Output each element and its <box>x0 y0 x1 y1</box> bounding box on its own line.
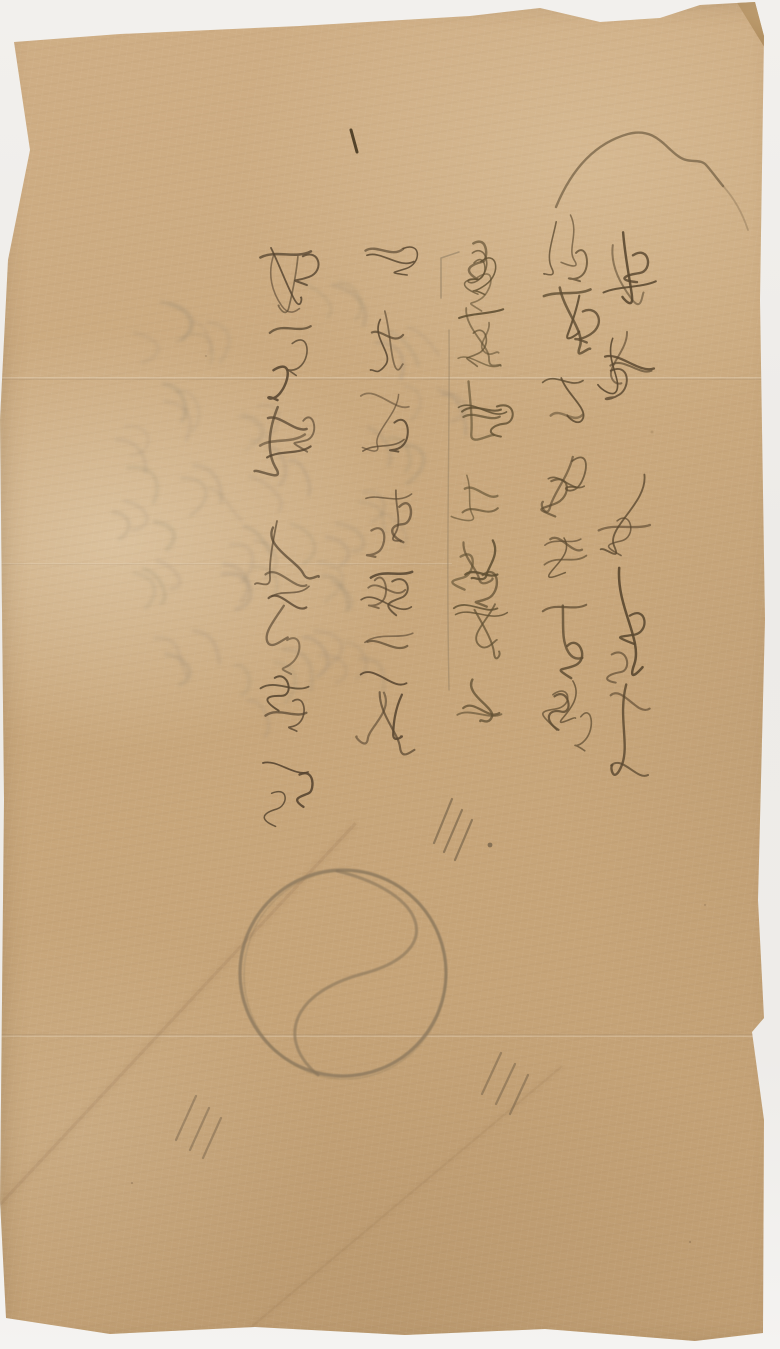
crease-line <box>0 822 357 1248</box>
bleed-through-trace <box>164 384 199 440</box>
handwritten-column-4: 呂運亨 海軍大臣 <box>357 226 429 714</box>
bleed-through-trace <box>192 322 229 364</box>
bleed-through-trace <box>117 426 158 502</box>
photo-background: 金九 大統領 李承晩 總理大臣 金日成 陸軍大臣 呂運亨 海軍大臣 安在鴻 外務… <box>0 0 780 1349</box>
crease-line <box>224 1065 562 1349</box>
handwritten-column-3: 金日成 陸軍大臣 <box>451 228 523 716</box>
paper-sheet: 金九 大統領 李承晩 總理大臣 金日成 陸軍大臣 呂運亨 海軍大臣 安在鴻 外務… <box>0 0 780 1349</box>
corner-fold <box>724 2 766 54</box>
bleed-through-trace <box>113 501 174 549</box>
handwritten-column-5: 安在鴻 外務大臣 <box>258 232 330 720</box>
crease-line <box>0 1034 780 1037</box>
handwritten-column-2: 李承晩 總理大臣 <box>538 205 610 693</box>
bleed-through-trace <box>155 631 220 685</box>
bleed-through-trace <box>135 561 180 608</box>
taegeuk-icon <box>240 870 446 1079</box>
ink-dash <box>351 130 357 152</box>
hatch-marks <box>176 799 528 1158</box>
bleed-through-trace <box>182 466 242 520</box>
bleed-through-trace <box>135 302 193 362</box>
